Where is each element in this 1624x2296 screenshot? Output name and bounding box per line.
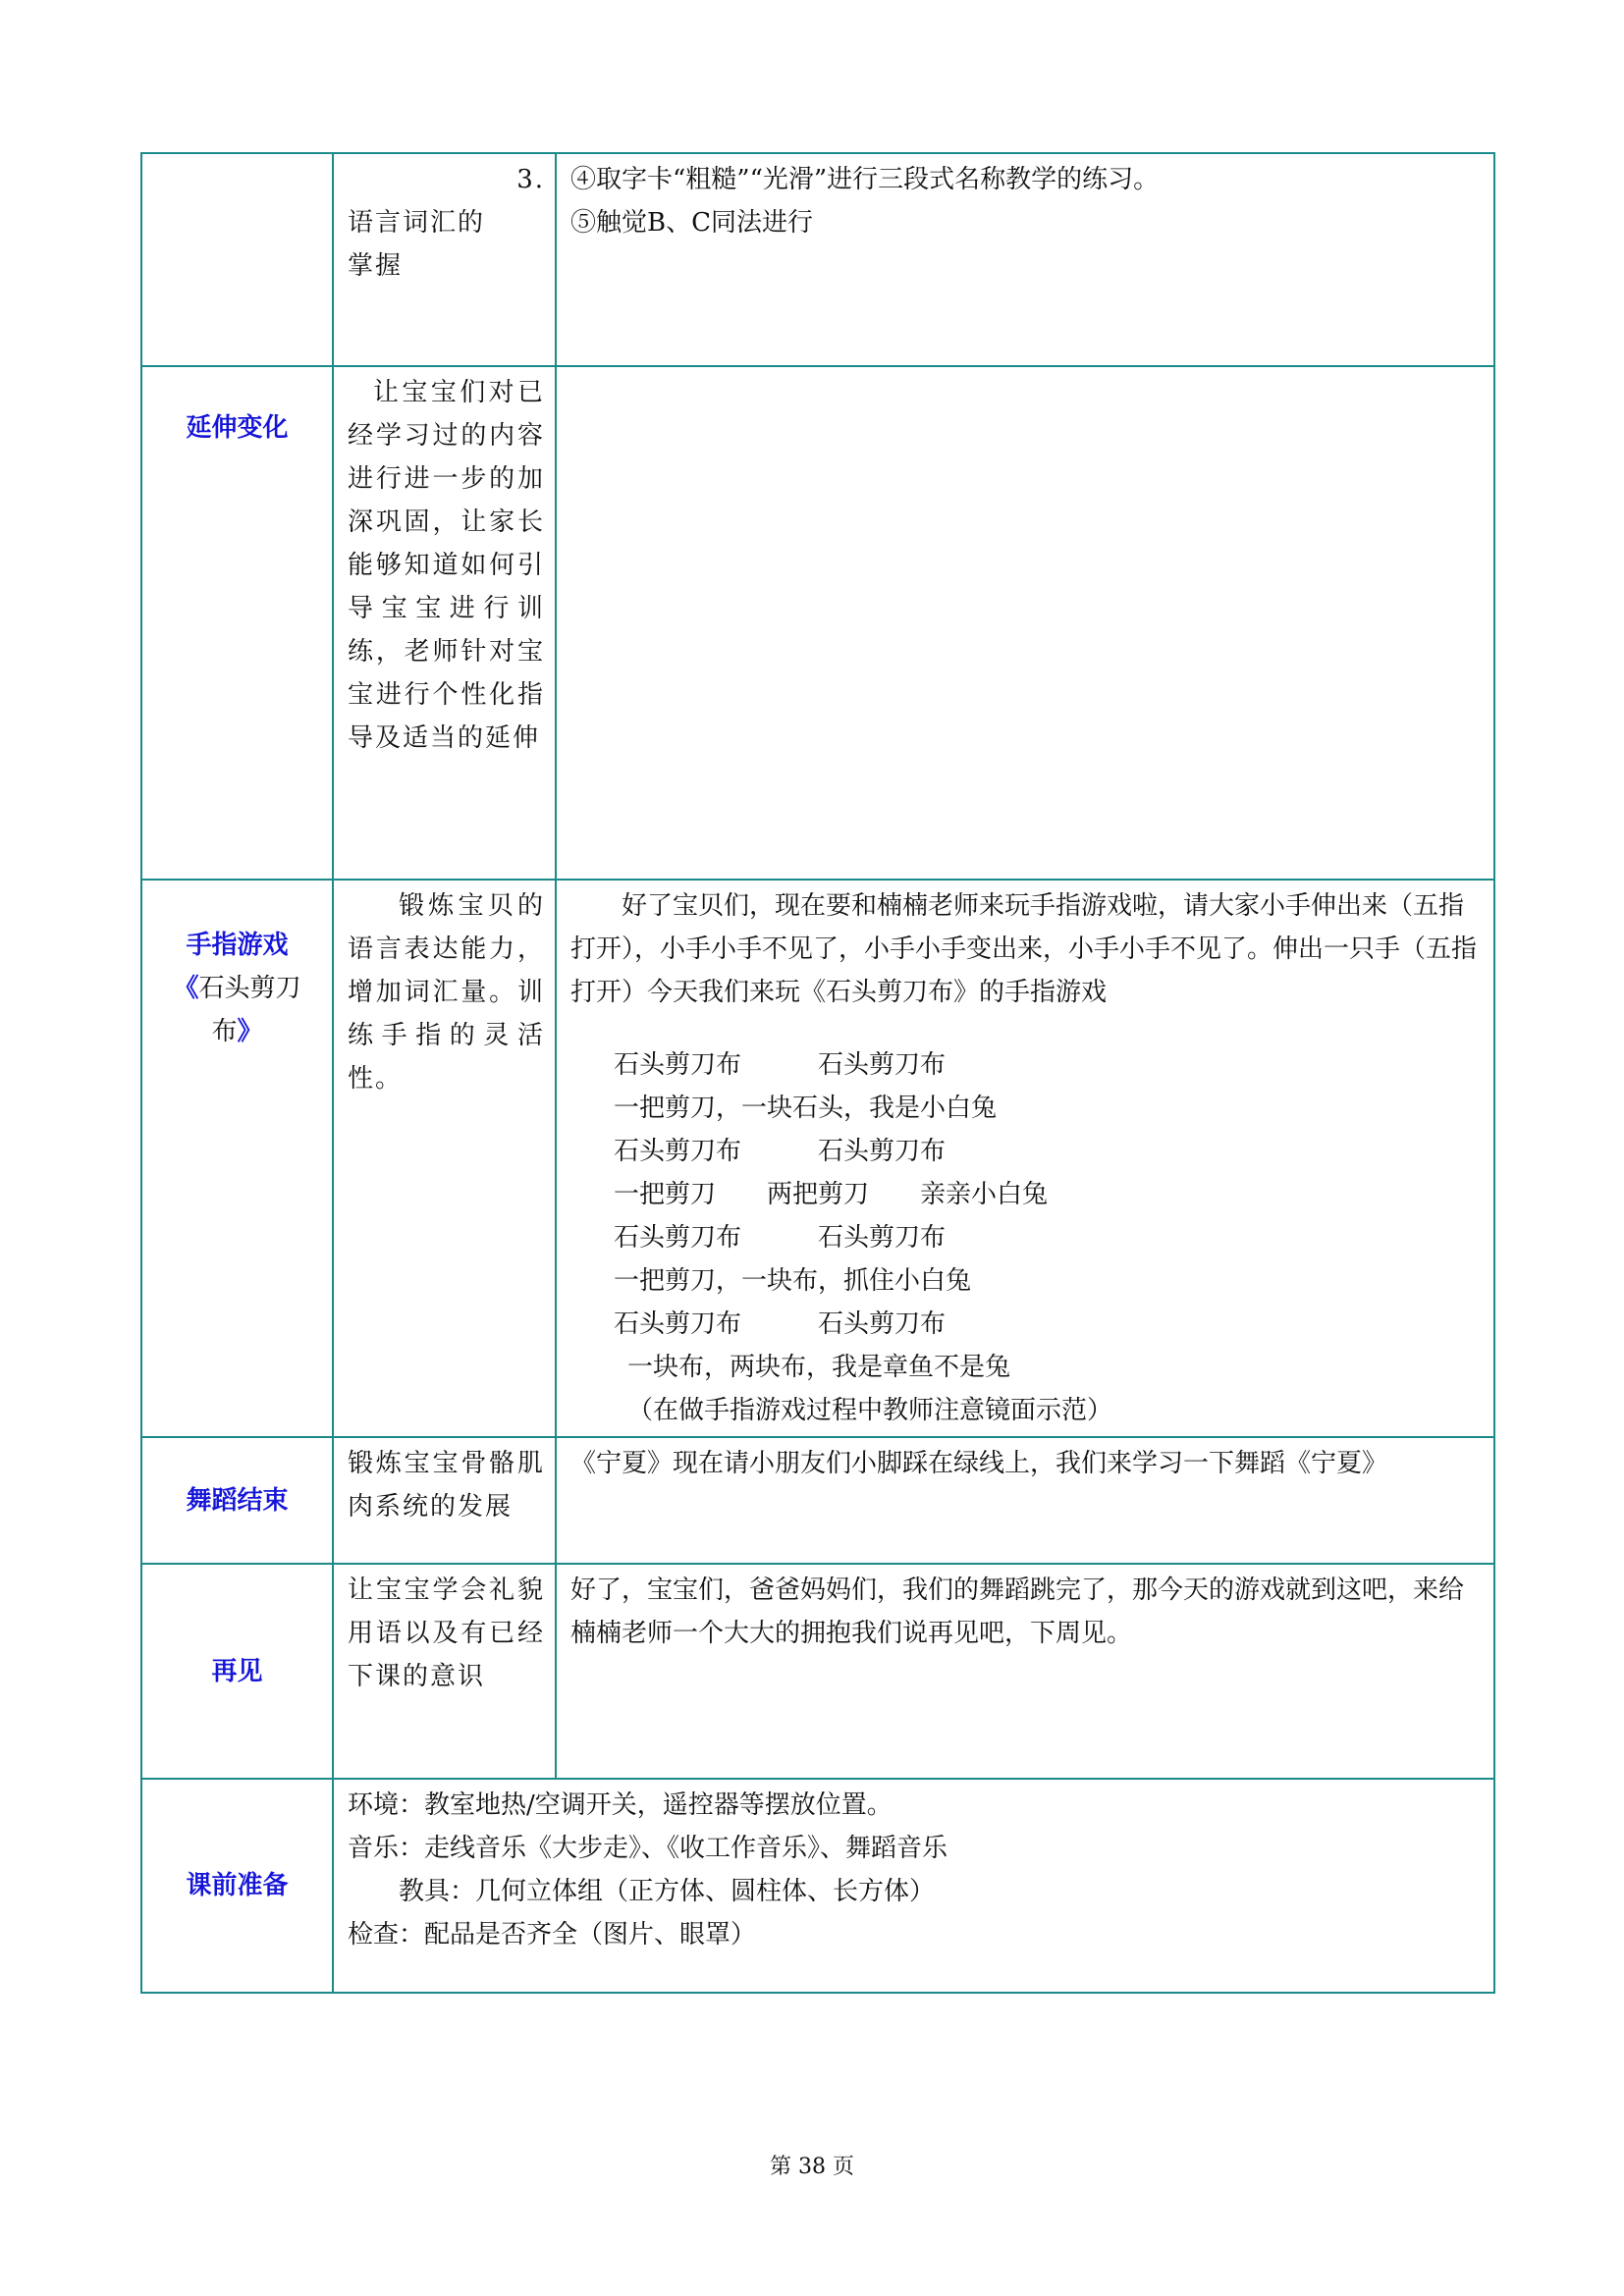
row-content: 《宁夏》现在请小朋友们小脚踩在绿线上，我们来学习一下舞蹈《宁夏》 (556, 1437, 1494, 1564)
table-row: 再见 让宝宝学会礼貌用语以及有已经下课的意识 好了，宝宝们，爸爸妈妈们，我们的舞… (141, 1564, 1494, 1779)
table-row: 3. 语言词汇的 掌握 ④取字卡“粗糙”“光滑”进行三段式名称教学的练习。 ⑤触… (141, 153, 1494, 366)
row-goal: 锻炼宝宝骨骼肌肉系统的发展 (333, 1437, 556, 1564)
row-goal: 锻炼宝贝的语言表达能力，增加词汇量。训练手指的灵活性。 (333, 880, 556, 1437)
lesson-plan-table: 3. 语言词汇的 掌握 ④取字卡“粗糙”“光滑”进行三段式名称教学的练习。 ⑤触… (140, 152, 1495, 1994)
row-content: ④取字卡“粗糙”“光滑”进行三段式名称教学的练习。 ⑤触觉B、C同法进行 (556, 153, 1494, 366)
row-goal: 3. 语言词汇的 掌握 (333, 153, 556, 366)
table-row: 手指游戏 《石头剪刀 布》 锻炼宝贝的语言表达能力，增加词汇量。训练手指的灵活性… (141, 880, 1494, 1437)
row-content: 好了，宝宝们，爸爸妈妈们，我们的舞蹈跳完了，那今天的游戏就到这吧，来给楠楠老师一… (556, 1564, 1494, 1779)
row-title: 手指游戏 《石头剪刀 布》 (141, 880, 333, 1437)
page-number: 第 38 页 (0, 2150, 1624, 2180)
table-row: 延伸变化 让宝宝们对已经学习过的内容进行进一步的加深巩固，让家长能够知道如何引导… (141, 366, 1494, 880)
row-title: 再见 (141, 1564, 333, 1779)
row-goal: 让宝宝们对已经学习过的内容进行进一步的加深巩固，让家长能够知道如何引导宝宝进行训… (333, 366, 556, 880)
row-content (556, 366, 1494, 880)
row-title: 课前准备 (141, 1779, 333, 1993)
row-goal: 让宝宝学会礼貌用语以及有已经下课的意识 (333, 1564, 556, 1779)
row-title (141, 153, 333, 366)
table-row: 舞蹈结束 锻炼宝宝骨骼肌肉系统的发展 《宁夏》现在请小朋友们小脚踩在绿线上，我们… (141, 1437, 1494, 1564)
row-title: 延伸变化 (141, 366, 333, 880)
table-row: 课前准备 环境：教室地热/空调开关，遥控器等摆放位置。 音乐：走线音乐《大步走》… (141, 1779, 1494, 1993)
row-title: 舞蹈结束 (141, 1437, 333, 1564)
row-content: 好了宝贝们，现在要和楠楠老师来玩手指游戏啦，请大家小手伸出来（五指打开），小手小… (556, 880, 1494, 1437)
row-content: 环境：教室地热/空调开关，遥控器等摆放位置。 音乐：走线音乐《大步走》、《收工作… (333, 1779, 1494, 1993)
